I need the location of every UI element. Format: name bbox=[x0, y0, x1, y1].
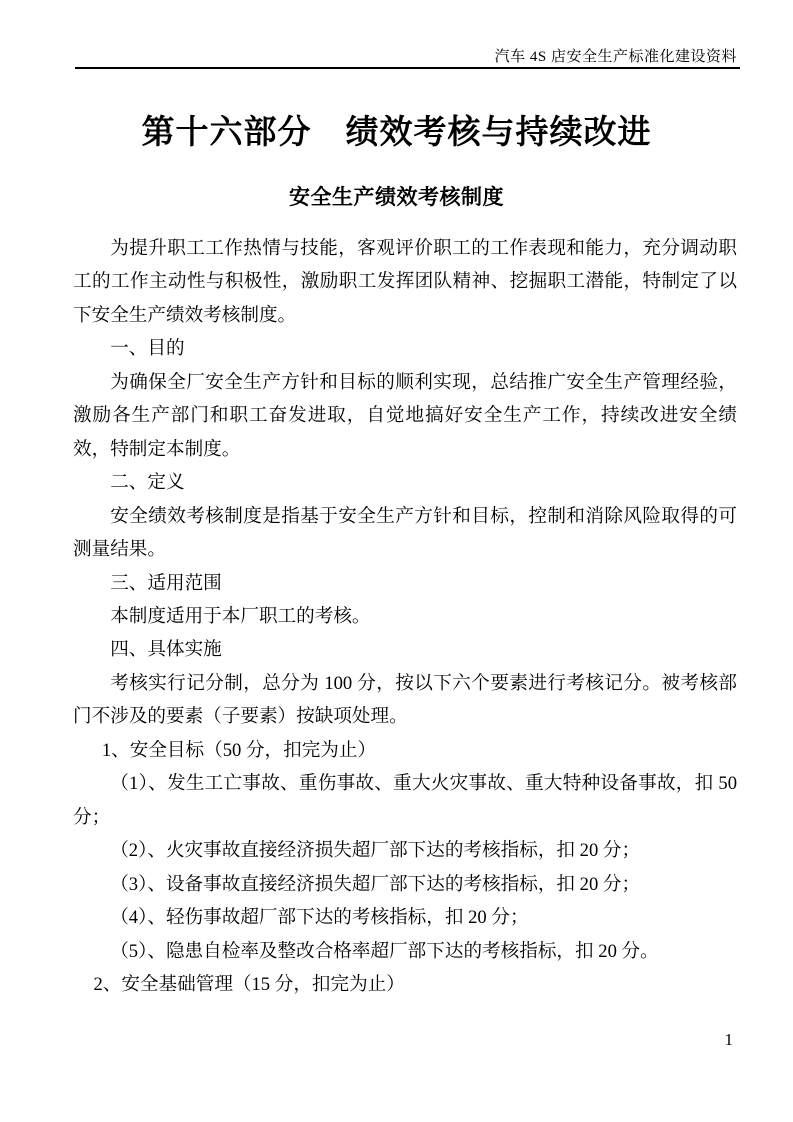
body-paragraph: （2）、火灾事故直接经济损失超厂部下达的考核指标，扣 20 分； bbox=[73, 834, 737, 867]
body-paragraph: 1、安全目标（50 分，扣完为止） bbox=[73, 734, 737, 767]
page-header-text: 汽车 4S 店安全生产标准化建设资料 bbox=[495, 45, 737, 66]
body-paragraph: 2、安全基础管理（15 分，扣完为止） bbox=[73, 968, 737, 1001]
document-body: 为提升职工工作热情与技能，客观评价职工的工作表现和能力，充分调动职工的工作主动性… bbox=[73, 232, 737, 1001]
page-number: 1 bbox=[725, 1030, 734, 1050]
body-paragraph: 为确保全厂安全生产方针和目标的顺利实现，总结推广安全生产管理经验，激励各生产部门… bbox=[73, 366, 737, 466]
body-paragraph: 本制度适用于本厂职工的考核。 bbox=[73, 600, 737, 633]
body-paragraph: （3）、设备事故直接经济损失超厂部下达的考核指标，扣 20 分； bbox=[73, 868, 737, 901]
body-paragraph: 考核实行记分制，总分为 100 分，按以下六个要素进行考核记分。被考核部门不涉及… bbox=[73, 667, 737, 734]
body-paragraph: （1）、发生工亡事故、重伤事故、重大火灾事故、重大特种设备事故，扣 50 分； bbox=[73, 767, 737, 834]
body-paragraph: 一、目的 bbox=[73, 332, 737, 365]
body-paragraph: 三、适用范围 bbox=[73, 567, 737, 600]
body-paragraph: 为提升职工工作热情与技能，客观评价职工的工作表现和能力，充分调动职工的工作主动性… bbox=[73, 232, 737, 332]
document-subtitle: 安全生产绩效考核制度 bbox=[0, 181, 793, 211]
document-page: 汽车 4S 店安全生产标准化建设资料 第十六部分 绩效考核与持续改进 安全生产绩… bbox=[0, 0, 793, 1122]
body-paragraph: 安全绩效考核制度是指基于安全生产方针和目标，控制和消除风险取得的可测量结果。 bbox=[73, 500, 737, 567]
body-paragraph: （5）、隐患自检率及整改合格率超厂部下达的考核指标，扣 20 分。 bbox=[73, 935, 737, 968]
header-divider bbox=[75, 67, 740, 69]
body-paragraph: 二、定义 bbox=[73, 466, 737, 499]
body-paragraph: 四、具体实施 bbox=[73, 633, 737, 666]
document-title: 第十六部分 绩效考核与持续改进 bbox=[0, 106, 793, 153]
body-paragraph: （4）、轻伤事故超厂部下达的考核指标，扣 20 分； bbox=[73, 901, 737, 934]
